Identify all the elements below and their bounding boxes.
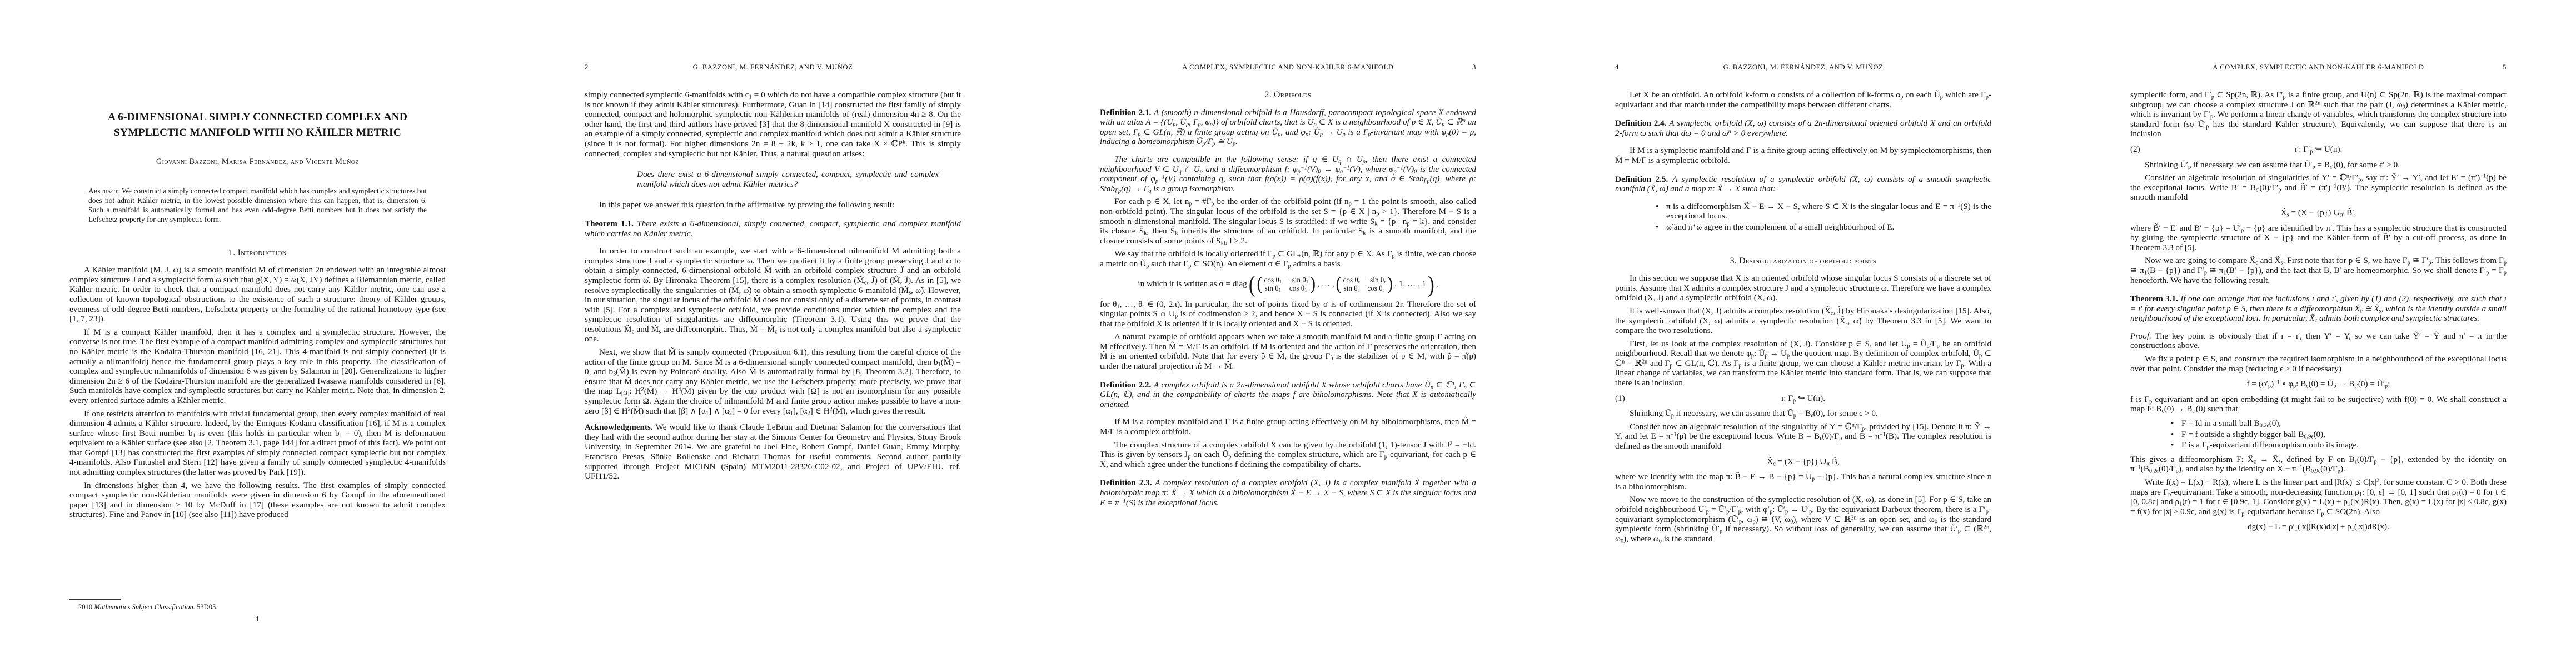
paper-title: A 6-DIMENSIONAL SIMPLY CONNECTED COMPLEX… — [69, 109, 446, 141]
paragraph: Now we move to the construction of the s… — [1615, 495, 1991, 544]
paragraph: Consider an algebraic resolution of sing… — [2130, 173, 2507, 202]
page-content: simply connected symplectic 6-manifolds … — [585, 0, 961, 481]
matrix-cell: −sin θ1 — [1288, 276, 1308, 284]
paragraph: Shrinking Ũp if necessary, we can assume… — [1615, 409, 1991, 419]
displayed-question: Does there exist a 6-dimensional simply … — [637, 170, 939, 189]
paragraph: In dimensions higher than 4, we have the… — [69, 481, 446, 520]
bullet-item: π is a diffeomorphism X̃ − E → X − S, wh… — [1666, 202, 1991, 221]
document-canvas: arXiv:1410.6045v2 [math.SG] 14 Nov 2014 … — [0, 0, 2576, 667]
page-content: A 6-DIMENSIONAL SIMPLY CONNECTED COMPLEX… — [69, 0, 446, 520]
equation-text: X̃c = (X − {p}) ∪π B̃, — [1767, 457, 1840, 466]
acknowledgments-label: Acknowledgments. — [585, 422, 653, 432]
authors-line: Giovanni Bazzoni, Marisa Fernández, and … — [69, 157, 446, 167]
paragraph: If M is a complex manifold and Γ is a fi… — [1100, 417, 1476, 436]
theorem: Theorem 3.1. If one can arrange that the… — [2130, 294, 2507, 323]
bullet-list: π is a diffeomorphism X̃ − E → X − S, wh… — [1615, 202, 1991, 232]
page-4: 4G. BAZZONI, M. FERNÁNDEZ, AND V. MUÑOZL… — [1546, 0, 2061, 667]
definition-text: A complex resolution of a complex orbifo… — [1100, 478, 1476, 507]
definition-label: Definition 2.5. — [1615, 175, 1668, 184]
paren-glyph: ) — [1428, 272, 1434, 296]
acknowledgments: Acknowledgments. We would like to thank … — [585, 422, 961, 481]
definition-label: Definition 2.2. — [1100, 380, 1151, 390]
matrix-cell: sin θ1 — [1264, 284, 1282, 292]
theorem-label: Theorem 3.1. — [2130, 294, 2178, 303]
page-content: Let X be an orbifold. An orbifold k-form… — [1615, 0, 1991, 544]
paren-glyph: ) — [1387, 275, 1393, 293]
proof-text: The key point is obviously that if ı = ı… — [2130, 331, 2507, 351]
theorem-text: If one can arrange that the inclusions ı… — [2130, 294, 2507, 323]
diag-post: , 1, … , 1 — [1394, 279, 1426, 289]
paren-glyph: ( — [1336, 275, 1342, 293]
bullet-list: F = Id in a small ball B0.2ϵ(0),F = f ou… — [2130, 419, 2507, 450]
page-2: 2G. BAZZONI, M. FERNÁNDEZ, AND V. MUÑOZs… — [515, 0, 1030, 667]
paragraph: simply connected symplectic 6-manifolds … — [585, 90, 961, 158]
abstract: Abstract. We construct a simply connecte… — [88, 186, 427, 224]
paragraph: A natural example of orbifold appears wh… — [1100, 332, 1476, 371]
definition-text: A symplectic orbifold (X, ω) consists of… — [1615, 118, 1991, 138]
definition: Definition 2.1. A (smooth) n-dimensional… — [1100, 108, 1476, 147]
paragraph: This gives a diffeomorphism F: X̃c → X̃s… — [2130, 455, 2507, 474]
paren-glyph: ) — [1310, 275, 1316, 293]
bullet-item: ω̃ and π∗ω agree in the complement of a … — [1666, 222, 1991, 232]
definition: Definition 2.4. A symplectic orbifold (X… — [1615, 118, 1991, 138]
paragraph: Write f(x) = L(x) + R(x), where L is the… — [2130, 477, 2507, 516]
page-3: A COMPLEX, SYMPLECTIC AND NON-KÄHLER 6-M… — [1030, 0, 1546, 667]
definition: Definition 2.3. A complex resolution of … — [1100, 478, 1476, 507]
equation-text: ı′: Γ′p ↪ U(n). — [2295, 145, 2343, 154]
paren-glyph: ( — [1249, 272, 1255, 296]
matrix-cell: cos θ1 — [1288, 284, 1308, 292]
theorem-text: There exists a 6-dimensional, simply con… — [585, 219, 961, 238]
diag-dots: , … , — [1317, 279, 1334, 289]
section-heading: 2. Orbifolds — [1100, 90, 1476, 100]
page-1: A 6-DIMENSIONAL SIMPLY CONNECTED COMPLEX… — [0, 0, 515, 667]
paragraph: symplectic form, and Γ′p ⊂ Sp(2n, ℝ). As… — [2130, 90, 2507, 139]
definition-label: Definition 2.3. — [1100, 478, 1152, 487]
definition-text: A complex orbifold is a 2n-dimensional o… — [1100, 380, 1476, 409]
equation-number: (1) — [1615, 394, 1625, 404]
paragraph: In order to construct such an example, w… — [585, 246, 961, 344]
paragraph: If M is a compact Kähler manifold, then … — [69, 327, 446, 406]
matrix: cos θr−sin θrsin θrcos θr — [1343, 276, 1386, 292]
section-heading: 3. Desingularization of orbifold points — [1615, 256, 1991, 266]
equation-text: X̃s = (X − {p}) ∪π′ B̃′, — [2281, 208, 2356, 217]
paragraph: We fix a point p ∈ S, and construct the … — [2130, 354, 2507, 374]
paragraph: If one restricts attention to manifolds … — [69, 409, 446, 477]
display-equation: (1)ı: Γp ↪ U(n). — [1615, 394, 1991, 404]
paragraph: f is Γp-equivariant and an open embeddin… — [2130, 395, 2507, 414]
equation-text: dg(x) − L = ρ′1(|x|)R(x)d|x| + ρ1(|x|)dR… — [2248, 522, 2389, 531]
abstract-label: Abstract. — [88, 187, 120, 195]
matrix: cos θ1−sin θ1sin θ1cos θ1 — [1264, 276, 1309, 292]
display-equation: dg(x) − L = ρ′1(|x|)R(x)d|x| + ρ1(|x|)dR… — [2130, 522, 2507, 532]
footnote: 2010 Mathematics Subject Classification.… — [69, 599, 446, 611]
theorem: Theorem 1.1. There exists a 6-dimensiona… — [585, 219, 961, 238]
paragraph: Let X be an orbifold. An orbifold k-form… — [1615, 90, 1991, 109]
definition-text: A symplectic resolution of a symplectic … — [1615, 175, 1991, 194]
paragraph: It is well-known that (X, J) admits a co… — [1615, 306, 1991, 336]
definition: Definition 2.5. A symplectic resolution … — [1615, 175, 1991, 194]
matrix-cell: −sin θr — [1366, 276, 1386, 284]
paragraph: For each p ∈ X, let np = #Γp be the orde… — [1100, 197, 1476, 246]
definition-text: A (smooth) n-dimensional orbifold is a H… — [1100, 108, 1476, 147]
equation-text: ı: Γp ↪ U(n). — [1781, 394, 1825, 403]
diag-prefix: in which it is written as σ = diag — [1138, 279, 1247, 289]
footnote-text: 2010 Mathematics Subject Classification.… — [69, 603, 446, 611]
display-equation: (2)ı′: Γ′p ↪ U(n). — [2130, 145, 2507, 155]
definition-label: Definition 2.1. — [1100, 108, 1151, 117]
matrix-cell: cos θ1 — [1264, 276, 1282, 284]
paragraph: The complex structure of a complex orbif… — [1100, 440, 1476, 470]
page-content: 2. OrbifoldsDefinition 2.1. A (smooth) n… — [1100, 0, 1476, 515]
paragraph: where we identify with the map π: B̃ − E… — [1615, 472, 1991, 491]
bullet-item: F is a Γp-equivariant diffeomorphism ont… — [2181, 440, 2507, 450]
section-heading: 1. Introduction — [69, 248, 446, 258]
page-content: symplectic form, and Γ′p ⊂ Sp(2n, ℝ). As… — [2130, 0, 2507, 537]
definition-label: Definition 2.4. — [1615, 118, 1666, 128]
paragraph: First, let us look at the complex resolu… — [1615, 339, 1991, 388]
equation-number: (2) — [2130, 145, 2140, 155]
paragraph: for θ1, …, θr ∈ (0, 2π). In particular, … — [1100, 300, 1476, 329]
paragraph: A Kähler manifold (M, J, ω) is a smooth … — [69, 265, 446, 324]
display-equation: X̃c = (X − {p}) ∪π B̃, — [1615, 457, 1991, 467]
diag-tail: , — [1436, 279, 1438, 289]
paragraph: Consider now an algebraic resolution of … — [1615, 422, 1991, 451]
page-5: A COMPLEX, SYMPLECTIC AND NON-KÄHLER 6-M… — [2061, 0, 2576, 667]
proof-label: Proof. — [2130, 331, 2151, 341]
matrix-display: in which it is written as σ = diag((cos … — [1100, 275, 1476, 294]
matrix-cell: cos θr — [1343, 276, 1360, 284]
matrix-cell: sin θr — [1343, 284, 1360, 292]
definition: Definition 2.2. A complex orbifold is a … — [1100, 380, 1476, 410]
abstract-text: We construct a simply connected compact … — [88, 187, 427, 223]
paragraph: Shrinking Ũ′p if necessary, we can assum… — [2130, 160, 2507, 170]
paragraph: Next, we show that M̃ is simply connecte… — [585, 347, 961, 416]
theorem-label: Theorem 1.1. — [585, 219, 634, 228]
paragraph: Now we are going to compare X̃c and X̃s.… — [2130, 256, 2507, 285]
page-number: 1 — [0, 615, 515, 624]
paragraph: In this section we suppose that X is an … — [1615, 273, 1991, 303]
paragraph: The charts are compatible in the followi… — [1100, 155, 1476, 193]
matrix-cell: cos θr — [1366, 284, 1386, 292]
paragraph: In this paper we answer this question in… — [585, 200, 961, 210]
display-equation: X̃s = (X − {p}) ∪π′ B̃′, — [2130, 208, 2507, 218]
bullet-item: F = Id in a small ball B0.2ϵ(0), — [2181, 419, 2507, 429]
paragraph: If M is a symplectic manifold and Γ is a… — [1615, 146, 1991, 165]
paragraph: where B̃′ − E′ and B′ − {p} = U′p − {p} … — [2130, 223, 2507, 253]
bullet-item: F = f outside a slightly bigger ball B0.… — [2181, 430, 2507, 440]
equation-text: f = (φ′p)−1 ∘ φp: Bϵ(0) = Ũp → Bϵ′(0) = … — [2247, 379, 2390, 389]
display-equation: f = (φ′p)−1 ∘ φp: Bϵ(0) = Ũp → Bϵ′(0) = … — [2130, 379, 2507, 389]
paragraph: We say that the orbifold is locally orie… — [1100, 249, 1476, 268]
proof: Proof. The key point is obviously that i… — [2130, 331, 2507, 351]
paren-glyph: ( — [1257, 275, 1263, 293]
